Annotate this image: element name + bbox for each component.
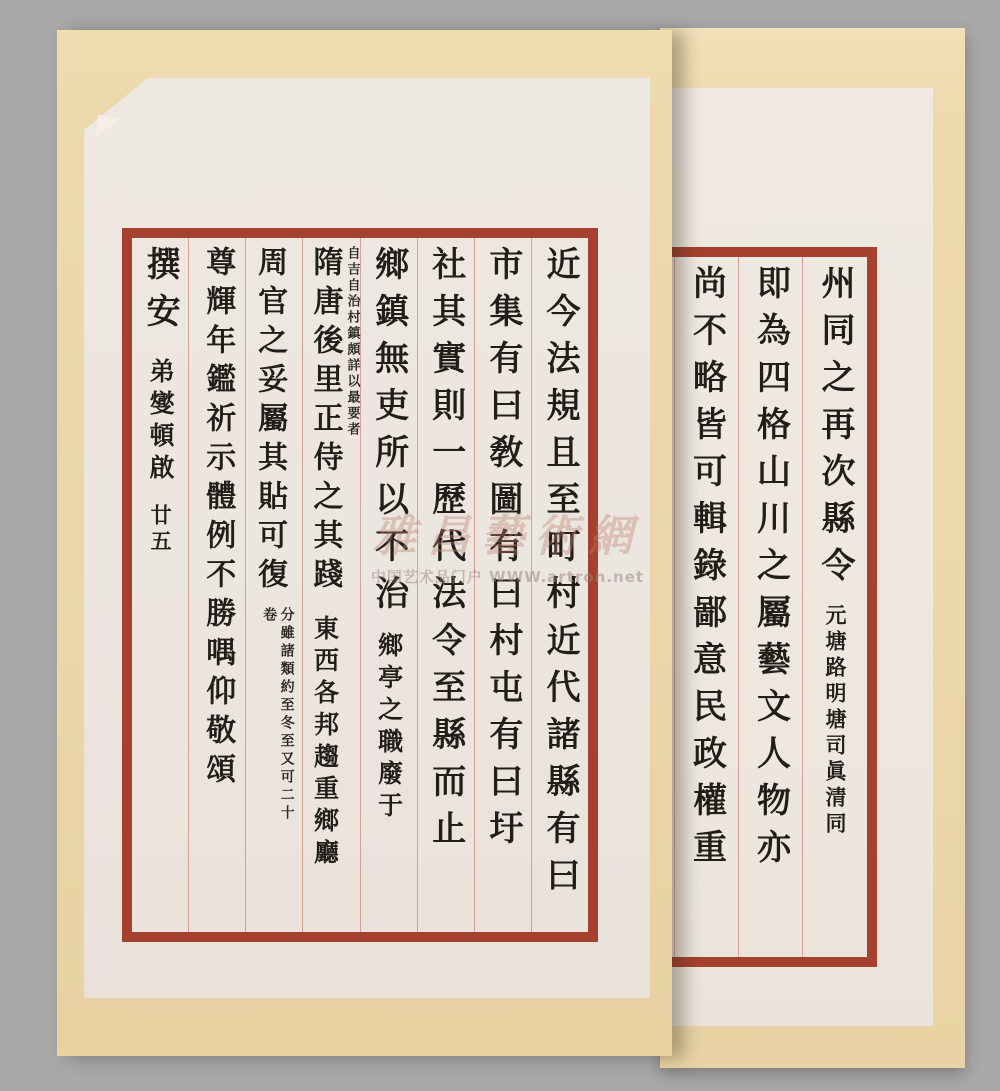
manuscript-column-5: 自吉自治村鎮頗詳以最要者 隋唐後里正侍之其踐東西各邦趨重鄉廳	[303, 238, 360, 932]
column-text: 尚不略皆可輯錄鄙意民政權重	[687, 265, 727, 876]
column-text: 隋唐後里正侍之其踐	[307, 246, 342, 597]
column-text-small: 元塘路明塘司眞清同	[823, 604, 847, 838]
double-line-annotation: 分雖諸類約至冬至又可二十卷	[260, 607, 295, 839]
closing-salutation: 撰安	[140, 246, 180, 340]
manuscript-column-7: 尊輝年鑑祈示體例不勝喁仰敬頌	[189, 238, 246, 932]
manuscript-column-8-signature: 撰安弟燮頓啟廿五	[132, 238, 189, 932]
signature: 弟燮頓啟	[146, 358, 175, 486]
column-text: 州同之再次縣令	[815, 265, 855, 594]
manuscript-column-4: 鄉鎮無吏所以不治鄉亭之職廢于	[361, 238, 418, 932]
red-ruled-frame-left: 近今法規且至町村近代諸縣有曰 市集有曰敎圖有曰村屯有曰圩 社其實則一歷代法令至縣…	[122, 228, 598, 942]
manuscript-column-right-1: 州同之再次縣令元塘路明塘司眞清同	[803, 257, 867, 957]
column-text: 市集有曰敎圖有曰村屯有曰圩	[483, 246, 523, 857]
manuscript-column-right-2: 即為四格山川之屬藝文人物亦	[739, 257, 803, 957]
column-text-lower: 東西各邦趨重鄉廳	[310, 615, 339, 871]
manuscript-column-right-3: 尚不略皆可輯錄鄙意民政權重	[675, 257, 739, 957]
column-text: 社其實則一歷代法令至縣而止	[426, 246, 466, 857]
date-numeral: 廿五	[148, 504, 172, 556]
column-text: 即為四格山川之屬藝文人物亦	[751, 265, 791, 876]
column-text-small: 鄉亭之職廢于	[375, 632, 404, 824]
manuscript-column-3: 社其實則一歷代法令至縣而止	[418, 238, 475, 932]
column-text: 周官之妥屬其貼可復	[252, 246, 287, 597]
manuscript-column-6: 周官之妥屬其貼可復分雖諸類約至冬至又可二十卷	[246, 238, 303, 932]
manuscript-column-2: 市集有曰敎圖有曰村屯有曰圩	[475, 238, 532, 932]
manuscript-column-1: 近今法規且至町村近代諸縣有曰	[532, 238, 588, 932]
red-ruled-frame-right: 州同之再次縣令元塘路明塘司眞清同 即為四格山川之屬藝文人物亦 尚不略皆可輯錄鄙意…	[648, 247, 877, 967]
interlinear-annotation: 自吉自治村鎮頗詳以最要者	[344, 246, 360, 556]
photo-background: 州同之再次縣令元塘路明塘司眞清同 即為四格山川之屬藝文人物亦 尚不略皆可輯錄鄙意…	[0, 0, 1000, 1091]
column-text: 尊輝年鑑祈示體例不勝喁仰敬頌	[200, 246, 235, 792]
column-text: 鄉鎮無吏所以不治	[369, 246, 409, 622]
column-text: 近今法規且至町村近代諸縣有曰	[540, 246, 580, 904]
